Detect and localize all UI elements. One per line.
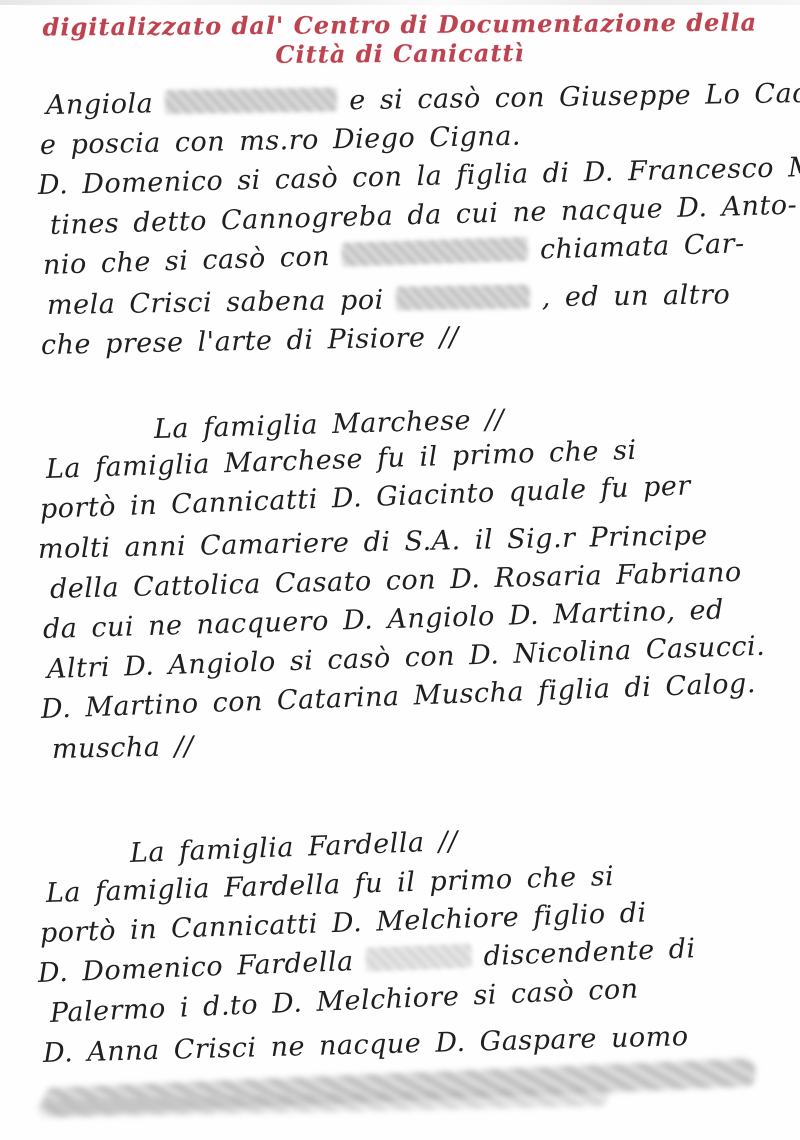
handwritten-text: nio che si casò con	[43, 241, 331, 281]
handwritten-text: chiamata Car-	[539, 228, 745, 265]
handwritten-text: e poscia con ms.ro Diego Cigna.	[40, 121, 522, 161]
redacted-blur-patch	[395, 284, 529, 310]
redacted-blur-patch	[365, 943, 472, 971]
handwritten-text: e si casò con Giuseppe Lo Cacciato,	[349, 77, 800, 116]
manuscript-section: La famiglia Fardella //La famiglia Farde…	[38, 834, 770, 1126]
handwritten-text: Angiola	[46, 88, 154, 121]
handwritten-text: muscha //	[52, 731, 194, 765]
handwritten-text: mela Crisci sabena poi	[47, 285, 384, 321]
manuscript-section: Angiolae si casò con Giuseppe Lo Cacciat…	[38, 86, 770, 366]
handwritten-text: discendente di	[483, 933, 696, 972]
scanned-manuscript-page: digitalizzato dal' Centro di Documentazi…	[0, 0, 800, 1140]
handwritten-text: , ed un altro	[541, 279, 730, 313]
manuscript-section: La famiglia Marchese //La famiglia March…	[38, 410, 770, 770]
smudged-illegible-line	[38, 1074, 770, 1126]
manuscript-body: Angiolae si casò con Giuseppe Lo Cacciat…	[0, 68, 800, 1126]
redacted-blur-patch	[165, 87, 337, 114]
scan-artifact-line	[0, 0, 800, 5]
digitization-header: digitalizzato dal' Centro di Documentazi…	[30, 7, 770, 70]
redacted-blur-patch	[342, 236, 529, 266]
handwritten-text: che prese l'arte di Pisiore //	[41, 322, 459, 361]
